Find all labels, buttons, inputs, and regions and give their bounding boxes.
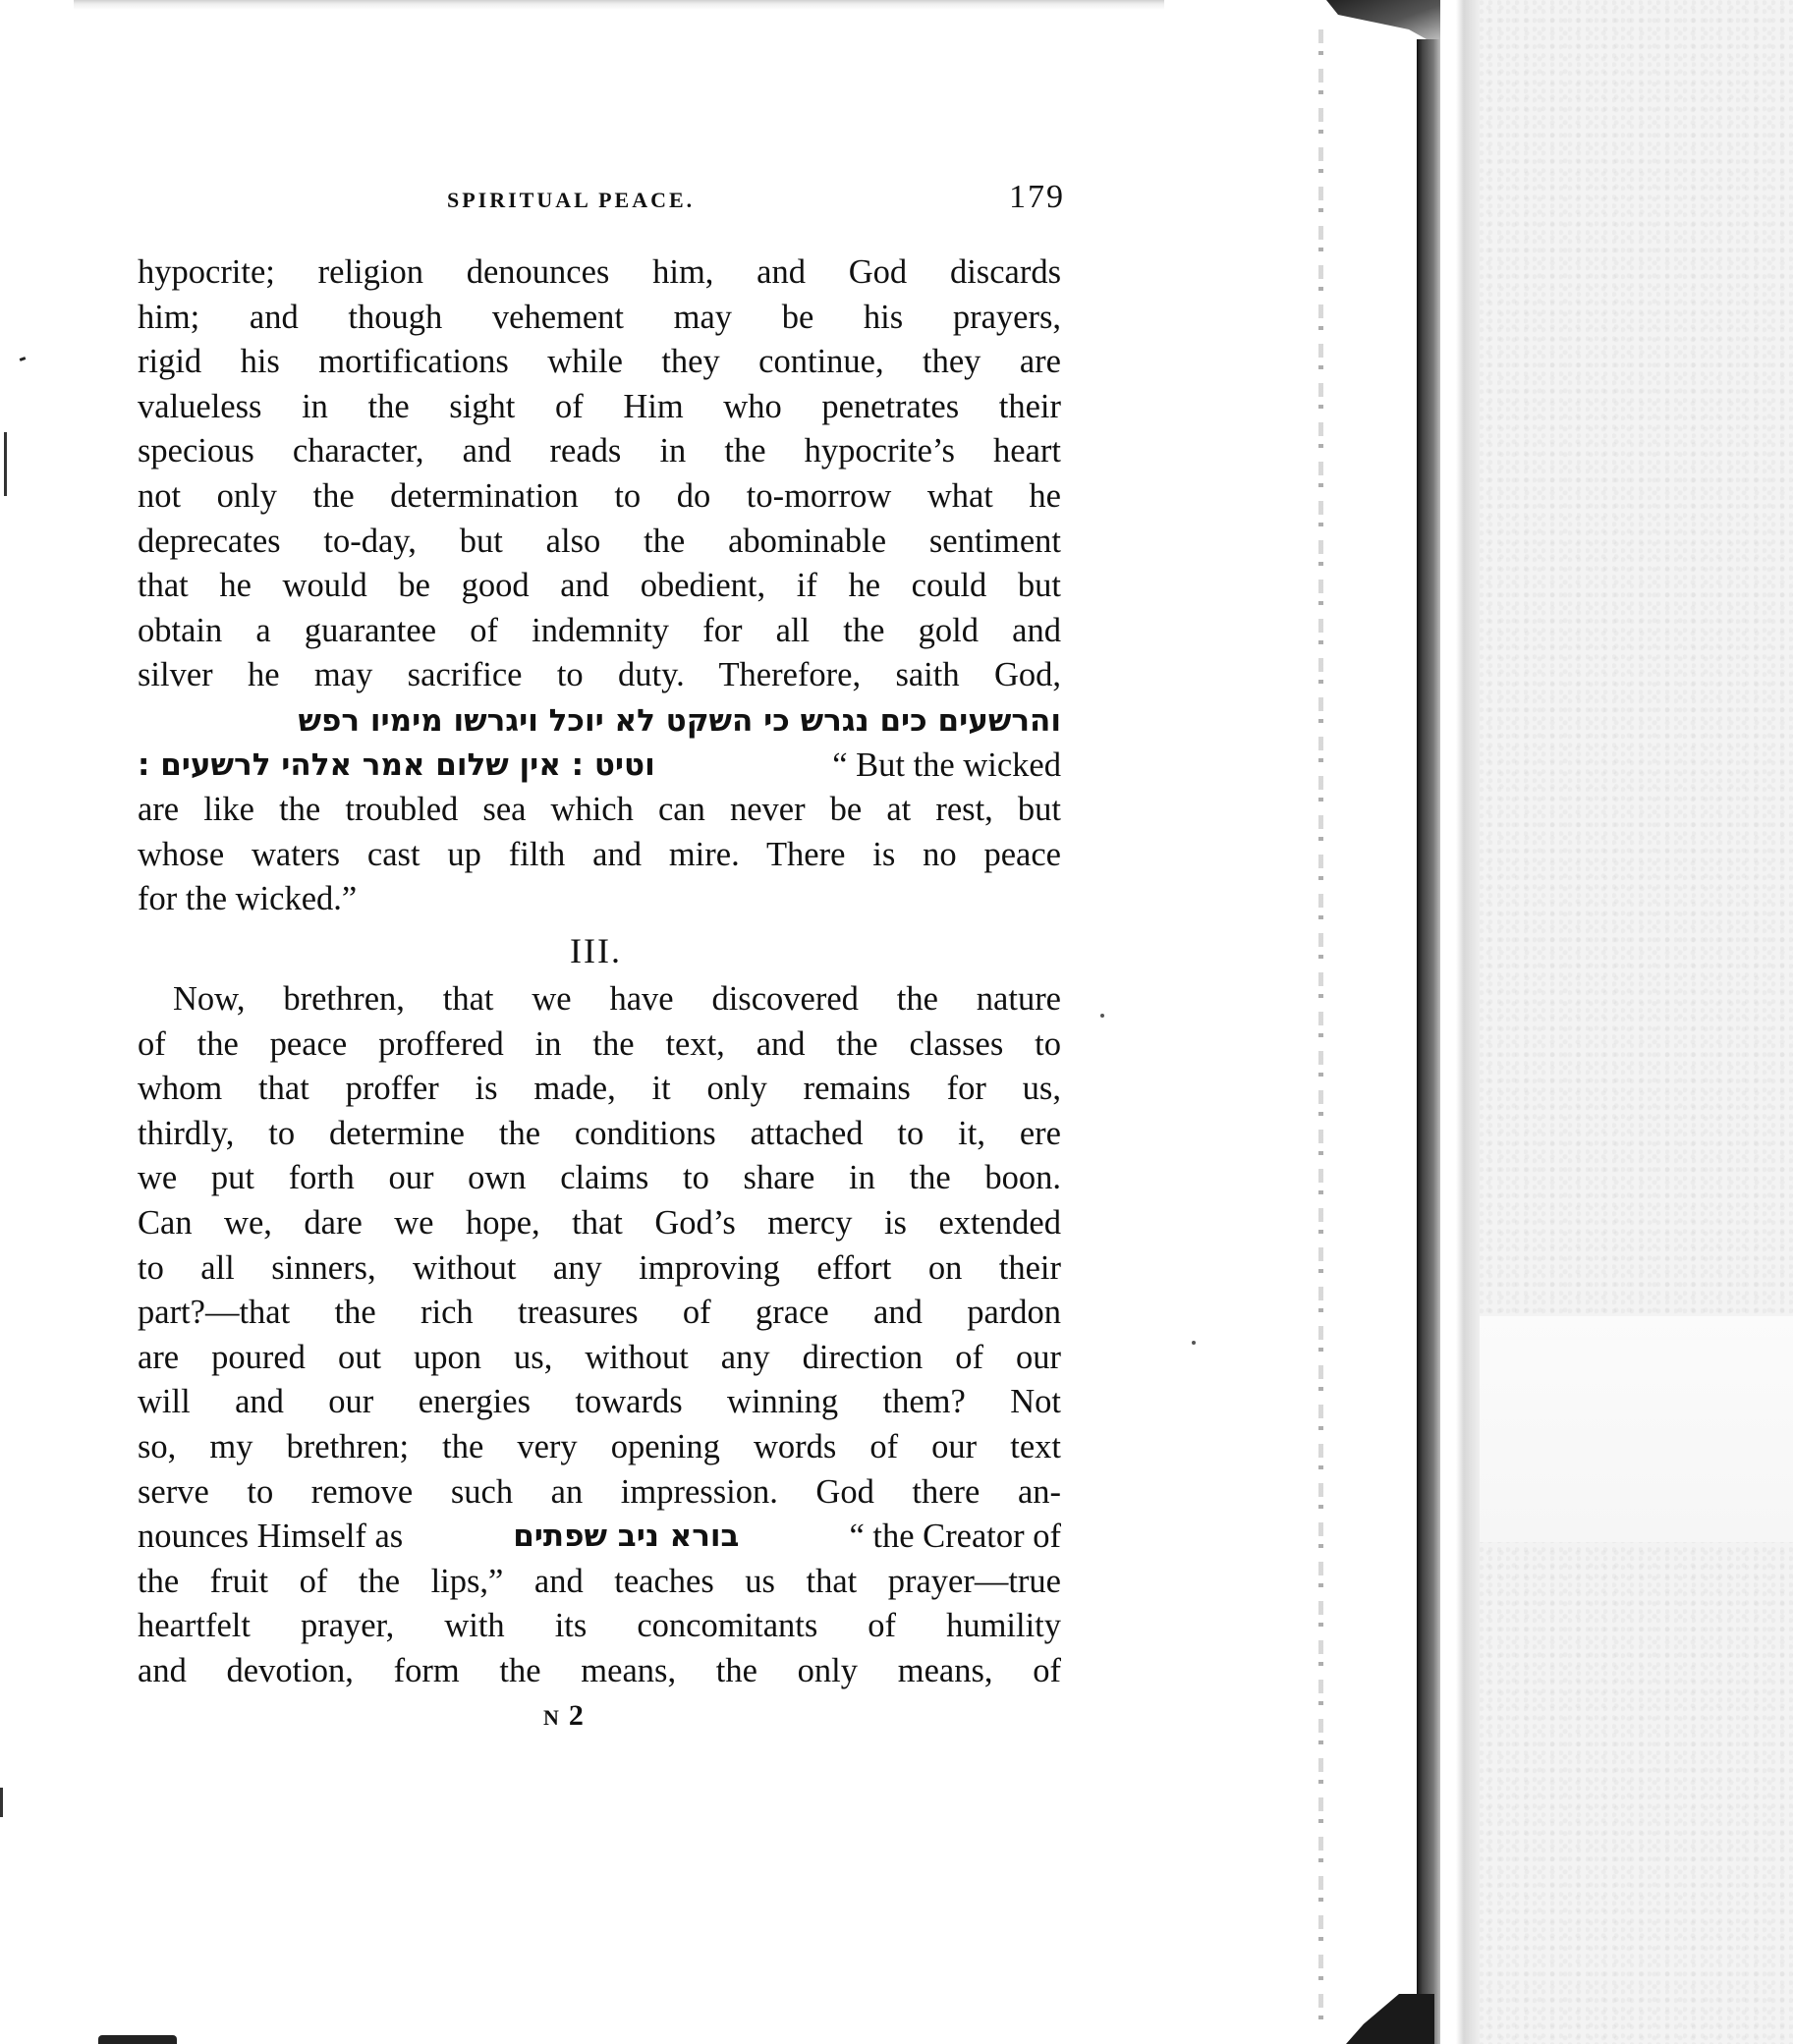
hebrew-quote-line: והרשעים כים נגרש כי השקט לא יוכל ויגרשו … xyxy=(138,698,1061,744)
book-page: SPIRITUAL PEACE. 179 hypocrite; religion… xyxy=(0,0,1321,2044)
page-fore-edge xyxy=(1318,29,1323,2033)
text-line: him; and though vehement may be his pray… xyxy=(138,296,1061,341)
hebrew-text: והרשעים כים נגרש כי השקט לא יוכל ויגרשו … xyxy=(299,703,1061,739)
text-line: will and our energies towards winning th… xyxy=(138,1380,1061,1425)
text-line: are like the troubled sea which can neve… xyxy=(138,788,1061,833)
text-line: heartfelt prayer, with its concomitants … xyxy=(138,1604,1061,1649)
text-fragment: nounces Himself as xyxy=(138,1515,403,1560)
left-margin-mark xyxy=(0,1788,3,1817)
text-line: rigid his mortifications while they cont… xyxy=(138,340,1061,385)
text-line: to all sinners, without any improving ef… xyxy=(138,1246,1061,1292)
text-line: serve to remove such an impression. God … xyxy=(138,1470,1061,1516)
text-line: for the wicked.” xyxy=(138,877,1061,922)
text-line: deprecates to-day, but also the abominab… xyxy=(138,520,1061,565)
paragraph-1: hypocrite; religion denounces him, and G… xyxy=(138,250,1061,922)
page-bottom-edge-mark xyxy=(98,2035,177,2044)
mixed-hebrew-english-line: וטיט : אין שלום אמר אלהי לרשעים : “ But … xyxy=(138,744,1061,789)
printer-signature-mark: N2 xyxy=(543,1699,661,1733)
paragraph-2: Now, brethren, that we have discovered t… xyxy=(138,977,1061,1694)
text-line: the fruit of the lips,” and teaches us t… xyxy=(138,1560,1061,1605)
page-top-edge-shadow xyxy=(74,0,1164,10)
book-binding-spine xyxy=(1417,39,1440,2044)
text-line: are poured out upon us, without any dire… xyxy=(138,1336,1061,1381)
ink-speck xyxy=(1100,1014,1104,1018)
page-number: 179 xyxy=(996,179,1065,216)
margin-ink-speck xyxy=(20,357,27,361)
text-line: obtain a guarantee of indemnity for all … xyxy=(138,609,1061,654)
text-fragment: “ the Creator of xyxy=(849,1515,1061,1560)
text-line: of the peace proffered in the text, and … xyxy=(138,1022,1061,1068)
text-line: so, my brethren; the very opening words … xyxy=(138,1425,1061,1470)
binding-gutter xyxy=(1440,0,1480,2044)
binding-bottom-corner xyxy=(1346,1994,1434,2044)
text-line: not only the determination to do to-morr… xyxy=(138,474,1061,520)
text-line: thirdly, to determine the conditions att… xyxy=(138,1112,1061,1157)
ink-speck xyxy=(1192,1341,1196,1345)
text-line: valueless in the sight of Him who penetr… xyxy=(138,385,1061,430)
mixed-hebrew-english-line: nounces Himself as בורא ניב שפתים “ the … xyxy=(138,1515,1061,1560)
text-line: specious character, and reads in the hyp… xyxy=(138,429,1061,474)
signature-letter: N xyxy=(543,1705,569,1730)
text-line: Now, brethren, that we have discovered t… xyxy=(138,977,1061,1022)
text-line: Can we, dare we hope, that God’s mercy i… xyxy=(138,1201,1061,1246)
text-line: hypocrite; religion denounces him, and G… xyxy=(138,250,1061,296)
running-head-title: SPIRITUAL PEACE. xyxy=(447,188,752,213)
signature-number: 2 xyxy=(569,1699,593,1732)
hebrew-text: וטיט : אין שלום אמר אלהי לרשעים : xyxy=(138,744,655,789)
text-line: whose waters cast up filth and mire. The… xyxy=(138,833,1061,878)
text-line: part?—that the rich treasures of grace a… xyxy=(138,1291,1061,1336)
text-line: and devotion, form the means, the only m… xyxy=(138,1649,1061,1694)
text-line: silver he may sacrifice to duty. Therefo… xyxy=(138,653,1061,698)
left-margin-mark xyxy=(4,432,7,496)
text-line: whom that proffer is made, it only remai… xyxy=(138,1067,1061,1112)
text-fragment: “ But the wicked xyxy=(832,744,1061,789)
text-line: we put forth our own claims to share in … xyxy=(138,1156,1061,1201)
facing-page-background xyxy=(1480,0,1793,2044)
section-numeral: III. xyxy=(570,930,639,971)
facing-page-light-band xyxy=(1480,1316,1793,1542)
text-line: that he would be good and obedient, if h… xyxy=(138,564,1061,609)
hebrew-text: בורא ניב שפתים xyxy=(513,1515,739,1560)
